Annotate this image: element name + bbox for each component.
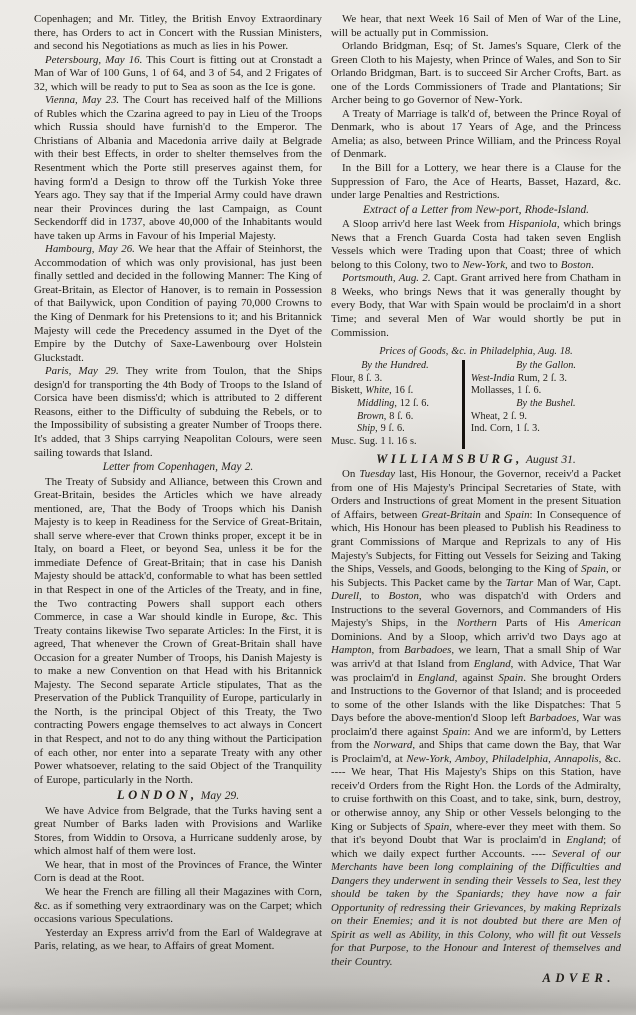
section-heading-date: August 31. xyxy=(526,453,576,466)
price-line: Musc. Sug. 1 l. 16 s. xyxy=(331,436,459,449)
italic-text: Hispaniola xyxy=(508,218,556,230)
italic-text: Ship xyxy=(357,423,375,434)
italic-text: Spain xyxy=(581,563,606,575)
price-line: Middling, 12 ſ. 6. xyxy=(331,398,459,411)
italic-text: Hampton xyxy=(331,644,372,656)
price-line: Biskett, White, 16 ſ. xyxy=(331,385,459,398)
italic-text: Annapolis xyxy=(554,753,598,765)
italic-text: Brown xyxy=(357,411,384,422)
italic-text: England xyxy=(566,834,603,846)
italic-text: Spain xyxy=(443,726,468,738)
prices-table: Prices of Goods, &c. in Philadelphia, Au… xyxy=(331,346,621,449)
price-line: West-India Rum, 2 ſ. 3. xyxy=(471,373,621,386)
italic-text: New-York xyxy=(462,259,505,271)
news-paragraph: We hear the French are filling all their… xyxy=(34,886,322,927)
dateline: Portsmouth, Aug. 2. xyxy=(342,272,431,284)
italic-text: American xyxy=(579,617,621,629)
italic-text: New-York xyxy=(406,753,449,765)
news-paragraph: We hear, that next Week 16 Sail of Men o… xyxy=(331,13,621,40)
price-line: Brown, 8 ſ. 6. xyxy=(331,411,459,424)
section-heading-name: LONDON, xyxy=(117,788,198,802)
price-line: Mollasses, 1 ſ. 6. xyxy=(471,385,621,398)
price-line: Flour, 8 ſ. 3. xyxy=(331,373,459,386)
italic-text: Middling xyxy=(357,398,394,409)
news-paragraph: Hambourg, May 26. We hear that the Affai… xyxy=(34,243,322,365)
news-paragraph: In the Bill for a Lottery, we hear there… xyxy=(331,162,621,203)
catchword: ADVER. xyxy=(331,972,615,986)
news-paragraph: A Sloop arriv'd here last Week from Hisp… xyxy=(331,218,621,272)
right-column: We hear, that next Week 16 Sail of Men o… xyxy=(331,13,621,1007)
news-paragraph: The Treaty of Subsidy and Alliance, betw… xyxy=(34,476,322,788)
italic-text: Boston xyxy=(389,590,419,602)
italic-text: Northern xyxy=(457,617,497,629)
italic-text: Barbadoes xyxy=(404,644,451,656)
news-paragraph: Yesterday an Express arriv'd from the Ea… xyxy=(34,927,322,954)
section-heading-date: May 29. xyxy=(201,789,239,802)
italic-text: Durell xyxy=(331,590,359,602)
italic-text: White xyxy=(365,385,389,396)
newspaper-page: Copenhagen; and Mr. Titley, the British … xyxy=(0,0,636,1015)
price-group-heading: By the Hundred. xyxy=(331,360,459,373)
news-paragraph: We have Advice from Belgrade, that the T… xyxy=(34,805,322,859)
dateline: Paris, May 29. xyxy=(45,365,119,377)
italic-text: Barbadoes xyxy=(529,712,576,724)
price-group-heading: By the Gallon. xyxy=(471,360,621,373)
news-paragraph: Portsmouth, Aug. 2. Capt. Grant arrived … xyxy=(331,272,621,340)
italic-text: Philadelphia xyxy=(492,753,548,765)
price-line: Ind. Corn, 1 ſ. 3. xyxy=(471,423,621,436)
prices-title: Prices of Goods, &c. in Philadelphia, Au… xyxy=(331,346,621,359)
italic-text: Tuesday xyxy=(359,468,395,480)
italic-text: England xyxy=(418,672,455,684)
italic-text: West-India xyxy=(471,373,515,384)
italic-text: Norward xyxy=(373,739,412,751)
news-paragraph: On Tuesday last, His Honour, the Governo… xyxy=(331,468,621,969)
price-line: Wheat, 2 ſ. 9. xyxy=(471,411,621,424)
section-heading: WILLIAMSBURG,August 31. xyxy=(331,453,621,468)
italic-text: Spain xyxy=(498,672,523,684)
news-paragraph: Copenhagen; and Mr. Titley, the British … xyxy=(34,13,322,54)
price-group-heading: By the Bushel. xyxy=(471,398,621,411)
dateline: Vienna, May 23. xyxy=(45,94,119,106)
news-paragraph: We hear, that in most of the Provinces o… xyxy=(34,859,322,886)
italic-text: Spain xyxy=(424,821,449,833)
prices-left-column: By the Hundred.Flour, 8 ſ. 3.Biskett, Wh… xyxy=(331,360,462,449)
italic-text: Several of our Merchants have been long … xyxy=(331,848,621,968)
prices-right-column: By the Gallon.West-India Rum, 2 ſ. 3.Mol… xyxy=(462,360,621,449)
italic-text: Tartar xyxy=(506,577,533,589)
news-paragraph: Vienna, May 23. The Court has received h… xyxy=(34,94,322,243)
news-paragraph: Orlando Bridgman, Esq; of St. James's Sq… xyxy=(331,40,621,108)
italic-text: England xyxy=(474,658,511,670)
italic-text: Boston xyxy=(561,259,591,271)
dateline: Petersbourg, May 16. xyxy=(45,54,142,66)
letter-heading: Extract of a Letter from New-port, Rhode… xyxy=(331,204,621,218)
section-heading: LONDON,May 29. xyxy=(34,789,322,804)
news-paragraph: A Treaty of Marriage is talk'd of, betwe… xyxy=(331,108,621,162)
news-paragraph: Paris, May 29. They write from Toulon, t… xyxy=(34,365,322,460)
prices-row: By the Hundred.Flour, 8 ſ. 3.Biskett, Wh… xyxy=(331,360,621,449)
left-column: Copenhagen; and Mr. Titley, the British … xyxy=(34,13,322,1007)
letter-heading: Letter from Copenhagen, May 2. xyxy=(34,461,322,475)
italic-text: Amboy xyxy=(455,753,485,765)
italic-text: Great-Britain xyxy=(421,509,481,521)
news-paragraph: Petersbourg, May 16. This Court is fitti… xyxy=(34,54,322,95)
italic-text: Spain xyxy=(505,509,530,521)
price-line: Ship, 9 ſ. 6. xyxy=(331,423,459,436)
dateline: Hambourg, May 26. xyxy=(45,243,135,255)
section-heading-name: WILLIAMSBURG, xyxy=(376,452,523,466)
